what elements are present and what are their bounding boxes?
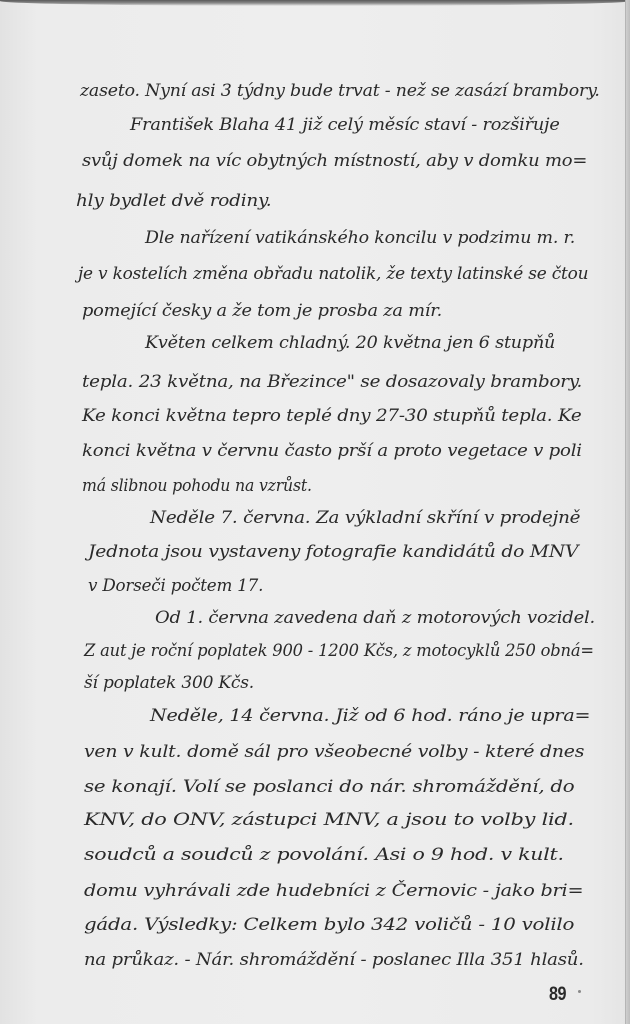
text-line: Květen celkem chladný. 20 května jen 6 s…	[145, 333, 555, 353]
text-line: KNV, do ONV, zástupci MNV, a jsou to vol…	[84, 810, 574, 830]
text-line: Neděle 7. června. Za výkladní skříní v p…	[150, 508, 580, 528]
document-page: zaseto. Nyní asi 3 týdny bude trvat - ne…	[0, 0, 630, 1024]
text-line: na průkaz. - Nár. shromáždění - poslanec…	[84, 950, 584, 970]
text-line: ven v kult. domě sál pro všeobecné volby…	[84, 742, 584, 762]
text-line: je v kostelích změna obřadu natolik, že …	[78, 264, 588, 284]
text-line: pomející česky a že tom je prosba za mír…	[82, 301, 442, 321]
text-line: Ke konci května tepro teplé dny 27-30 st…	[82, 406, 582, 426]
text-line: Neděle, 14 června. Již od 6 hod. ráno je…	[150, 706, 590, 726]
text-line: domu vyhrávali zde hudebníci z Černovic …	[84, 881, 583, 901]
handwritten-text-block: zaseto. Nyní asi 3 týdny bude trvat - ne…	[0, 0, 630, 1024]
text-line: svůj domek na víc obytných místností, ab…	[82, 151, 587, 171]
text-line: zaseto. Nyní asi 3 týdny bude trvat - ne…	[80, 81, 600, 101]
text-line: František Blaha 41 již celý měsíc staví …	[130, 115, 560, 135]
text-line: konci května v červnu často prší a proto…	[82, 441, 582, 461]
text-line: tepla. 23 května, na Březince" se dosazo…	[82, 372, 582, 392]
text-line: Od 1. června zavedena daň z motorových v…	[155, 608, 595, 628]
text-line: soudců a soudců z povolání. Asi o 9 hod.…	[84, 845, 564, 865]
text-line: ší poplatek 300 Kčs.	[84, 673, 254, 693]
text-line: se konají. Volí se poslanci do nár. shro…	[84, 777, 574, 797]
text-line: Jednota jsou vystaveny fotografie kandid…	[88, 542, 578, 562]
page-mark-dot	[578, 990, 581, 993]
text-line: gáda. Výsledky: Celkem bylo 342 voličů -…	[84, 915, 574, 935]
text-line: Dle nařízení vatikánského koncilu v podz…	[145, 228, 575, 248]
text-line: Z aut je roční poplatek 900 - 1200 Kčs, …	[84, 641, 594, 661]
text-line: hly bydlet dvě rodiny.	[76, 191, 271, 211]
page-number: 89	[549, 984, 566, 1006]
text-line: v Dorseči počtem 17.	[88, 576, 263, 596]
text-line: má slibnou pohodu na vzrůst.	[82, 476, 312, 496]
